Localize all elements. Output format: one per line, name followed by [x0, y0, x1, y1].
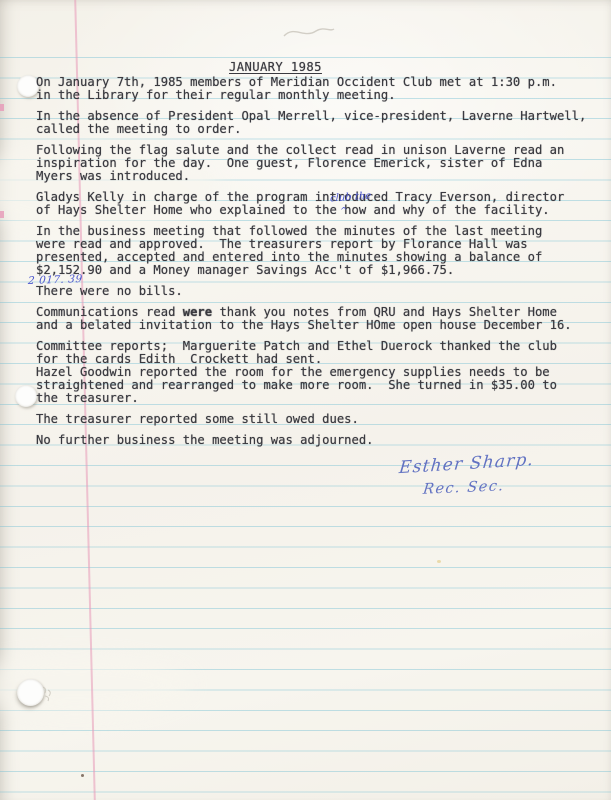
paragraph: The treasurer reported some still owed d…: [36, 413, 588, 426]
paper-fiber-speck: [437, 560, 441, 563]
typed-line: Myers was introduced.: [36, 170, 588, 183]
typed-line: The treasurer reported some still owed d…: [36, 413, 588, 426]
paragraph: Gladys Kelly in charge of the program in…: [36, 191, 588, 217]
typed-text: thank you notes from QRU and Hays Shelte…: [212, 305, 557, 319]
typed-text: $2,152.90 and a Money manager Savings Ac…: [36, 263, 454, 277]
typed-text: straightened and rearranged to make more…: [36, 378, 557, 392]
typed-text: On January 7th, 1985 members of Meridian…: [36, 75, 557, 89]
paragraph: Following the flag salute and the collec…: [36, 144, 588, 183]
crease-mark: [282, 23, 336, 43]
typed-text: The treasurer reported some still owed d…: [36, 412, 359, 426]
document-body: On January 7th, 1985 members of Meridian…: [36, 76, 588, 447]
pink-edge-tick: [0, 104, 4, 111]
signature-role: Rec. Sec.: [422, 478, 505, 498]
paragraph: In the business meeting that followed th…: [36, 225, 588, 277]
paragraph: There were no bills.: [36, 285, 588, 298]
paragraph: In the absence of President Opal Merrell…: [36, 110, 588, 136]
typed-line: There were no bills.: [36, 285, 588, 298]
torn-paper-marks: [42, 684, 58, 702]
typed-text: called the meeting to order.: [36, 122, 241, 136]
paragraph: No further business the meeting was adjo…: [36, 434, 588, 447]
typed-text: inspiration for the day. One guest, Flor…: [36, 156, 542, 170]
typed-text: the treasurer.: [36, 391, 139, 405]
typed-text: In the absence of President Opal Merrell…: [36, 109, 586, 123]
typed-text: Communications read: [36, 305, 183, 319]
typed-text: In the business meeting that followed th…: [36, 224, 542, 238]
overstruck-word: were: [183, 305, 212, 319]
notebook-page: JANUARY 1985 On January 7th, 1985 member…: [0, 0, 611, 800]
paragraph: On January 7th, 1985 members of Meridian…: [36, 76, 588, 102]
typed-text: of Hays Shelter Home who explained to th…: [36, 203, 550, 217]
page-title: JANUARY 1985: [229, 61, 322, 74]
typed-line: $2,152.90 and a Money manager Savings Ac…: [36, 264, 588, 277]
typed-text: Following the flag salute and the collec…: [36, 143, 564, 157]
typed-text: No further business the meeting was adjo…: [36, 433, 374, 447]
punch-hole-bottom: [17, 679, 44, 706]
typed-text: presented, accepted and entered into the…: [36, 250, 542, 264]
ink-speck: [81, 774, 84, 777]
paragraph: Committee reports; Marguerite Patch and …: [36, 340, 588, 405]
punch-hole-middle: [15, 385, 37, 407]
typed-text: for the cards Edith Crockett had sent.: [36, 352, 322, 366]
typed-text: Committee reports; Marguerite Patch and …: [36, 339, 557, 353]
typed-line: called the meeting to order.: [36, 123, 588, 136]
typed-text: Myers was introduced.: [36, 169, 190, 183]
typed-text: were read and approved. The treasurers r…: [36, 237, 528, 251]
typed-line: of Hays Shelter Home who explained to th…: [36, 204, 588, 217]
typed-minutes: JANUARY 1985 On January 7th, 1985 member…: [36, 61, 588, 455]
typed-text: Gladys Kelly in charge of the program in…: [36, 190, 564, 204]
typed-line: No further business the meeting was adjo…: [36, 434, 588, 447]
typed-line: the treasurer.: [36, 392, 588, 405]
typed-line: in the Library for their regular monthly…: [36, 89, 588, 102]
typed-line: and a belated invitation to the Hays She…: [36, 319, 588, 332]
typed-text: Hazel Goodwin reported the room for the …: [36, 365, 550, 379]
pink-edge-tick: [0, 211, 4, 218]
typed-text: in the Library for their regular monthly…: [36, 88, 396, 102]
typed-text: and a belated invitation to the Hays She…: [36, 318, 572, 332]
paragraph: Communications read were thank you notes…: [36, 306, 588, 332]
typed-text: There were no bills.: [36, 284, 183, 298]
